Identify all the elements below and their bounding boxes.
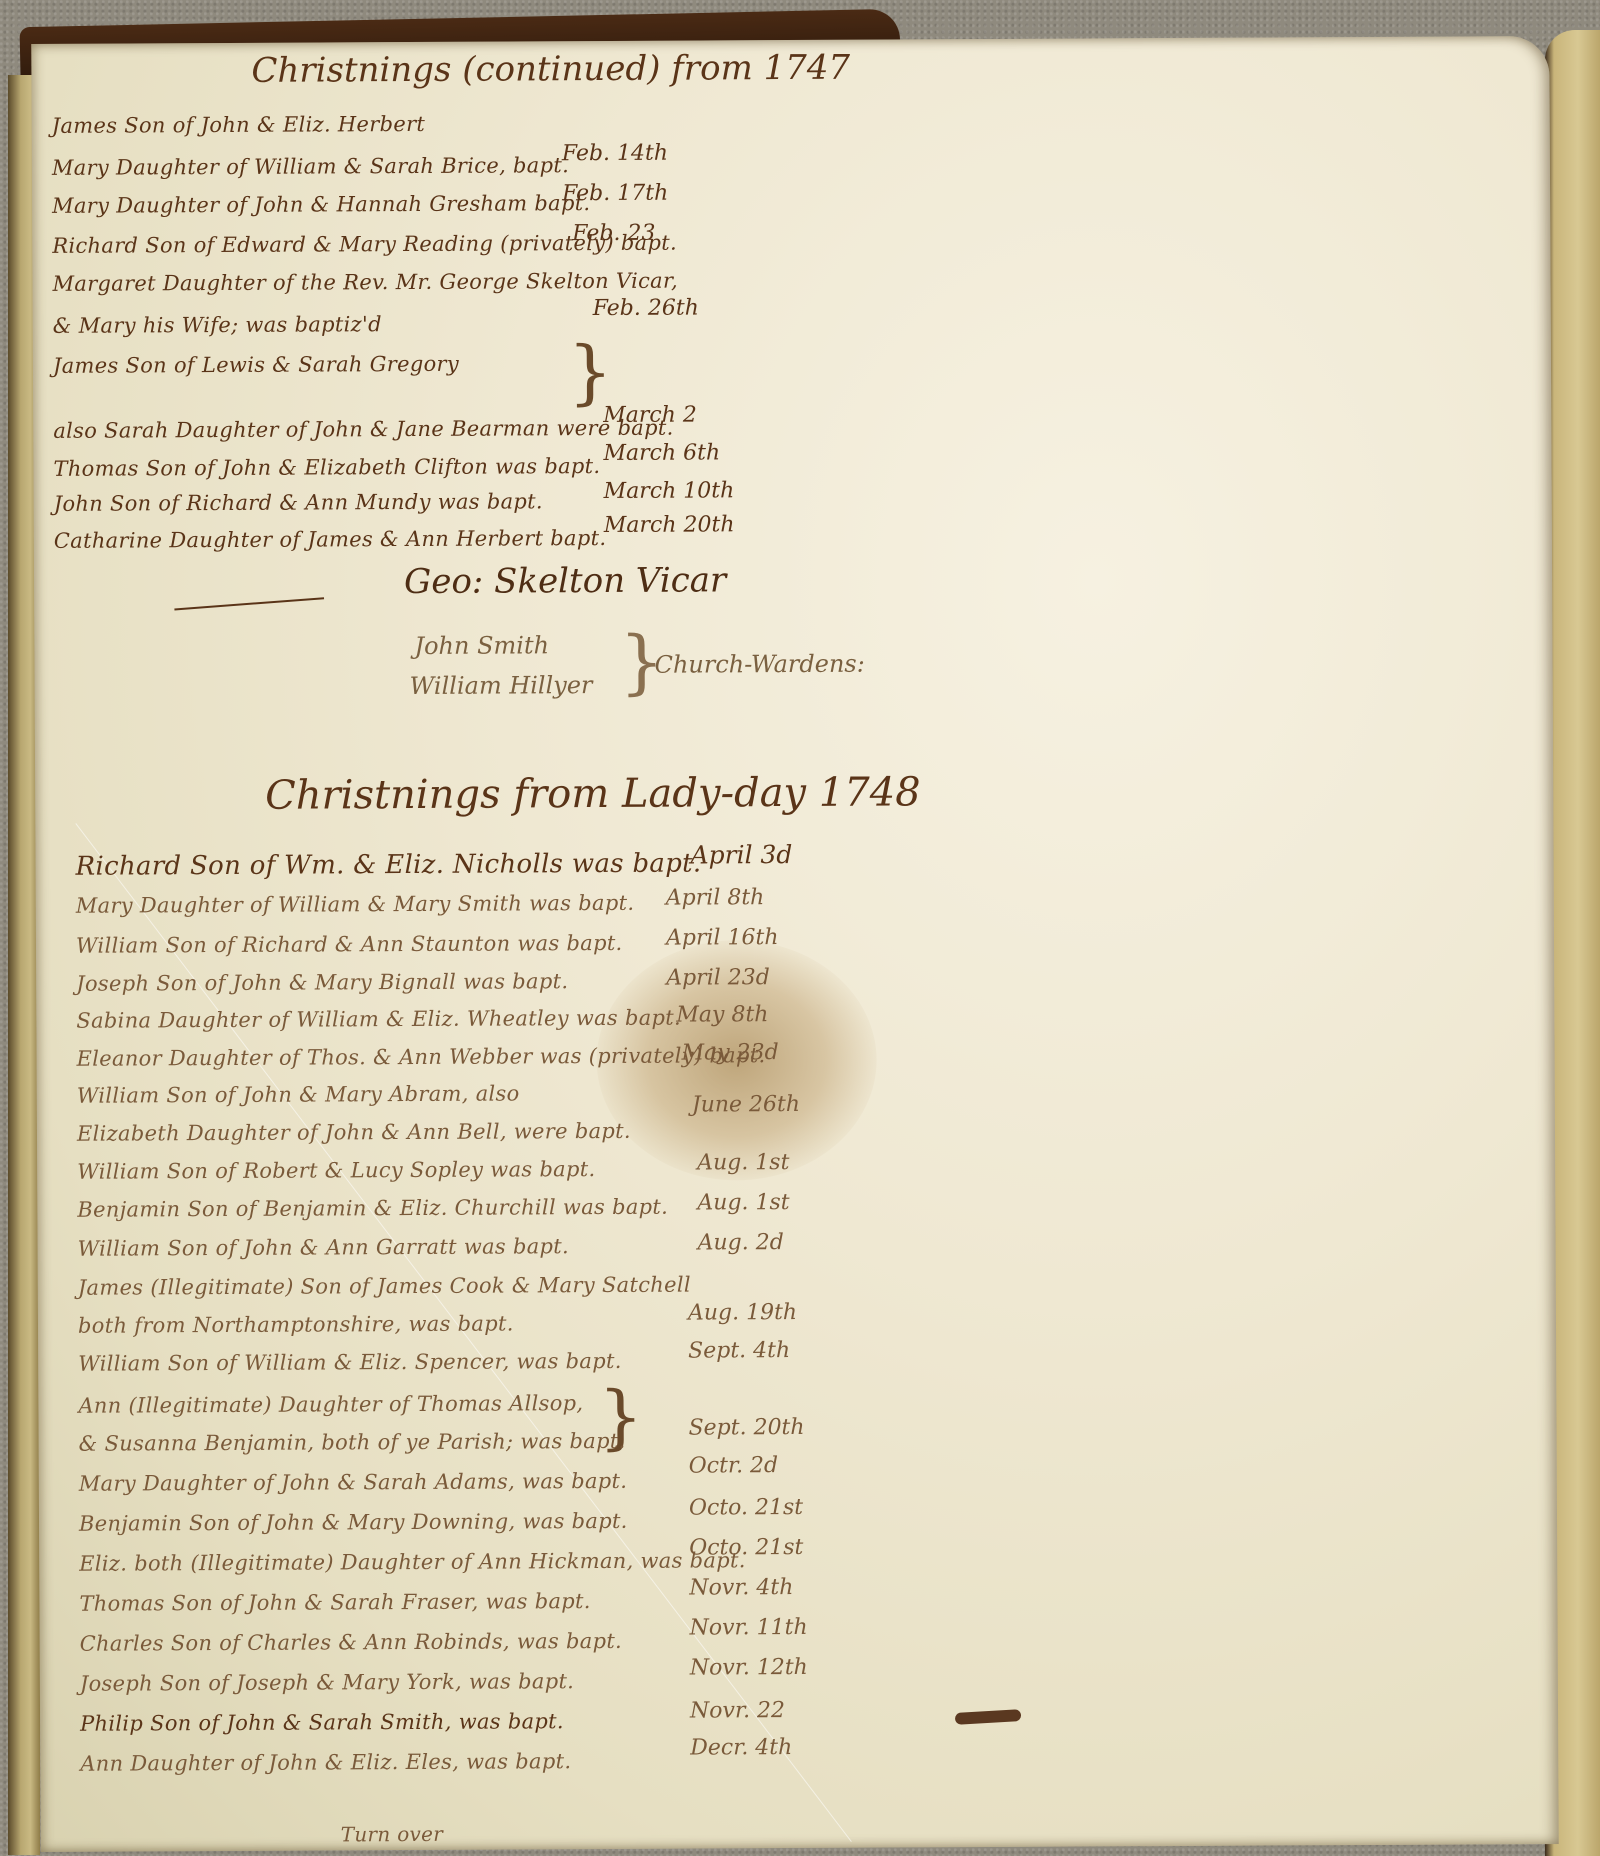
entry-text: both from Northamptonshire, was bapt. [78, 1311, 514, 1337]
entry-text: Ann Daughter of John & Eliz. Eles, was b… [80, 1749, 571, 1776]
entry-text: Benjamin Son of Benjamin & Eliz. Churchi… [77, 1195, 668, 1222]
entry-date: April 3d [690, 840, 792, 870]
entry-date: Octo. 21st [689, 1535, 803, 1561]
entry-text: Philip Son of John & Sarah Smith, was ba… [80, 1709, 564, 1736]
entry-date: April 8th [666, 885, 765, 911]
entry-date: March 2 [603, 403, 697, 428]
vicar-signature: Geo: Skelton Vicar [404, 560, 726, 602]
entry-date: Feb. 23 [572, 221, 655, 246]
entry-text: & Mary his Wife; was baptiz'd [53, 312, 382, 338]
section2-heading: Christnings from Lady-day 1748 [265, 769, 921, 818]
entry-text: William Son of Robert & Lucy Sopley was … [77, 1157, 595, 1184]
entry-text: Benjamin Son of John & Mary Downing, was… [79, 1509, 628, 1536]
entry-text: Thomas Son of John & Sarah Fraser, was b… [79, 1589, 590, 1616]
entry-text: Thomas Son of John & Elizabeth Clifton w… [53, 454, 600, 481]
entry-text: Elizabeth Daughter of John & Ann Bell, w… [77, 1119, 631, 1146]
register-page: Christnings (continued) from 1747 James … [31, 36, 1558, 1852]
entry-date: Feb. 17th [562, 181, 668, 207]
section1-heading: Christnings (continued) from 1747 [251, 48, 850, 91]
entry-text: Catharine Daughter of James & Ann Herber… [54, 526, 607, 553]
entry-date: Feb. 14th [562, 141, 668, 167]
turn-over-note: Turn over [341, 1822, 444, 1847]
entry-text: James (Illegitimate) Son of James Cook &… [78, 1273, 691, 1300]
entry-text: William Son of Richard & Ann Staunton wa… [76, 931, 623, 958]
entry-date: Aug. 1st [697, 1190, 789, 1215]
entry-text: Joseph Son of Joseph & Mary York, was ba… [80, 1669, 574, 1696]
entry-date: March 10th [604, 478, 735, 504]
warden-name: William Hillyer [410, 671, 593, 700]
entry-text: Joseph Son of John & Mary Bignall was ba… [76, 969, 568, 996]
entry-text: Eleanor Daughter of Thos. & Ann Webber w… [77, 1043, 766, 1071]
entry-text: Richard Son of Wm. & Eliz. Nicholls was … [76, 848, 702, 881]
warden-name: John Smith [414, 631, 549, 660]
entry-date: Sept. 20th [688, 1415, 804, 1441]
entry-text: Margaret Daughter of the Rev. Mr. George… [52, 269, 678, 296]
entry-date: March 20th [604, 512, 735, 538]
entry-text: Ann (Illegitimate) Daughter of Thomas Al… [78, 1391, 583, 1418]
entry-text: William Son of William & Eliz. Spencer, … [78, 1349, 622, 1376]
entry-text: Charles Son of Charles & Ann Robinds, wa… [80, 1629, 622, 1656]
entry-date: Novr. 22 [690, 1698, 785, 1723]
entry-date: Novr. 11th [690, 1615, 808, 1641]
entry-date: Octo. 21st [689, 1495, 803, 1521]
entry-date: June 26th [692, 1092, 800, 1118]
ink-blot [955, 1709, 1022, 1725]
entry-date: Aug. 19th [688, 1300, 797, 1326]
entry-text: Mary Daughter of John & Sarah Adams, was… [79, 1469, 628, 1496]
entry-text: Sabina Daughter of William & Eliz. Wheat… [76, 1006, 681, 1033]
flourish-line [174, 597, 324, 610]
entry-text: Mary Daughter of John & Hannah Gresham b… [52, 191, 590, 218]
entry-date: Sept. 4th [688, 1338, 790, 1364]
entry-date: April 16th [666, 925, 779, 951]
brace-icon: } [568, 331, 613, 413]
entry-text: Mary Daughter of William & Mary Smith wa… [76, 891, 635, 918]
entry-text: William Son of John & Mary Abram, also [77, 1081, 520, 1107]
wardens-label: Church-Wardens: [654, 650, 864, 679]
entry-date: May 8th [676, 1002, 768, 1027]
entry-date: Feb. 26th [593, 295, 699, 321]
entry-text: & Susanna Benjamin, both of ye Parish; w… [79, 1429, 626, 1456]
entry-text: Mary Daughter of William & Sarah Brice, … [52, 153, 569, 180]
entry-text: Eliz. both (Illegitimate) Daughter of An… [79, 1548, 746, 1575]
entry-date: Novr. 12th [690, 1655, 808, 1681]
entry-date: Aug. 1st [697, 1150, 789, 1175]
entry-date: May 23d [682, 1040, 779, 1066]
entry-date: April 23d [666, 965, 770, 991]
entry-text: William Son of John & Ann Garratt was ba… [78, 1234, 569, 1261]
entry-text: James Son of John & Eliz. Herbert [52, 112, 426, 138]
entry-date: Aug. 2d [697, 1230, 783, 1255]
entry-text: also Sarah Daughter of John & Jane Bearm… [53, 416, 673, 443]
entry-date: Octr. 2d [689, 1453, 779, 1478]
entry-text: James Son of Lewis & Sarah Gregory [53, 352, 459, 378]
entry-date: Novr. 4th [689, 1575, 793, 1601]
entry-text: John Son of Richard & Ann Mundy was bapt… [54, 489, 543, 516]
entry-date: March 6th [603, 440, 720, 466]
entry-date: Decr. 4th [690, 1735, 792, 1761]
